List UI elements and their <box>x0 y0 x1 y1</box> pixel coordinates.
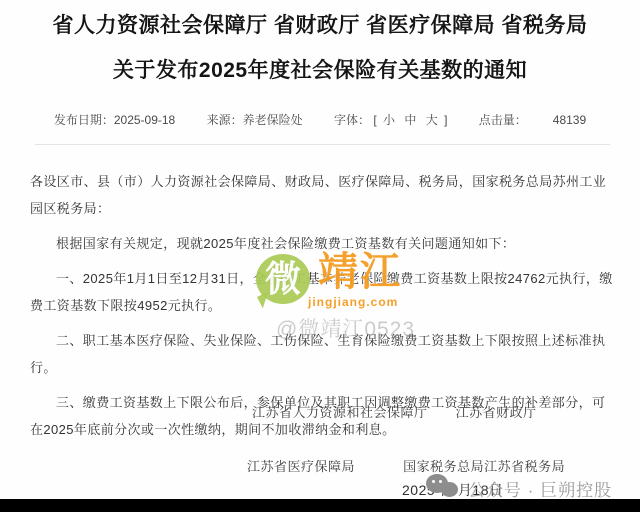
font-large-button[interactable]: 大 <box>426 113 438 127</box>
font-medium-button[interactable]: 中 <box>404 113 416 127</box>
publish-date: 发布日期：2025-09-18 <box>54 113 175 127</box>
signer-healthcare: 江苏省医疗保障局 <box>247 459 355 474</box>
header-divider <box>35 144 610 145</box>
font-label: 字体： <box>334 113 370 127</box>
title-line-1: 省人力资源社会保障厅 省财政厅 省医疗保障局 省税务局 <box>0 13 640 39</box>
signer-hrss: 江苏省人力资源和社会保障厅 <box>252 405 428 420</box>
font-bracket-close: ] <box>444 113 447 127</box>
font-small-button[interactable]: 小 <box>383 113 395 127</box>
signature-row-2: 江苏省医疗保障局 国家税务总局江苏省税务局 <box>247 456 565 475</box>
source-label: 来源： <box>207 113 243 127</box>
source: 来源：养老保险处 <box>207 113 303 127</box>
signer-finance: 江苏省财政厅 <box>456 405 537 420</box>
paragraph-item-2: 二、职工基本医疗保险、失业保险、工伤保险、生育保险缴费工资基数上下限按照上述标准… <box>30 327 616 381</box>
hit-count: 点击量：48139 <box>479 113 586 127</box>
font-size-control: 字体： [ 小 中 大 ] <box>334 113 451 127</box>
hit-count-label: 点击量： <box>479 113 527 127</box>
signature-row-1: 江苏省人力资源和社会保障厅 江苏省财政厅 <box>252 402 537 421</box>
paragraph-item-1: 一、2025年1月1日至12月31日，全省职工基本养老保险缴费工资基数上限按24… <box>30 265 616 319</box>
document-title: 省人力资源社会保障厅 省财政厅 省医疗保障局 省税务局 关于发布2025年度社会… <box>0 0 640 84</box>
title-line-2: 关于发布2025年度社会保险有关基数的通知 <box>0 58 640 84</box>
meta-row: 发布日期：2025-09-18 来源：养老保险处 字体： [ 小 中 大 ] 点… <box>0 111 640 128</box>
font-bracket-open: [ <box>373 113 376 127</box>
publish-date-value: 2025-09-18 <box>114 113 175 127</box>
paragraph-intro: 根据国家有关规定，现就2025年度社会保险缴费工资基数有关问题通知如下： <box>30 230 616 257</box>
bottom-black-bar <box>0 499 640 512</box>
publish-date-label: 发布日期： <box>54 113 114 127</box>
hit-count-value: 48139 <box>553 113 586 127</box>
paragraph-addressees: 各设区市、县（市）人力资源社会保障局、财政局、医疗保障局、税务局，国家税务总局苏… <box>30 168 616 222</box>
notice-page: 省人力资源社会保障厅 省财政厅 省医疗保障局 省税务局 关于发布2025年度社会… <box>0 0 640 512</box>
source-value: 养老保险处 <box>243 113 303 127</box>
signature-date: 2025年9月18日 <box>402 480 504 500</box>
signer-tax: 国家税务总局江苏省税务局 <box>403 459 565 474</box>
